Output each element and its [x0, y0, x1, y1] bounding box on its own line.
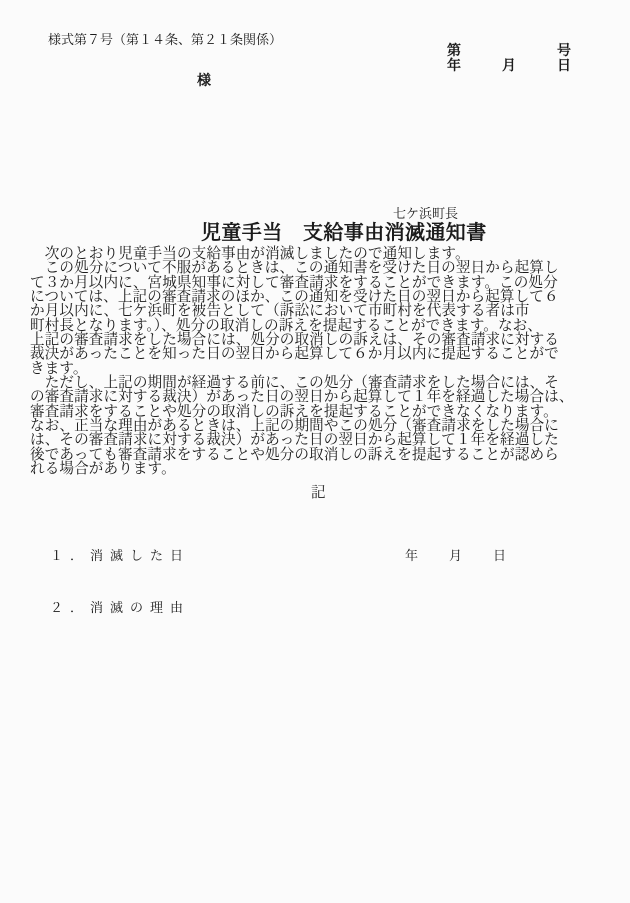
item-extinction-date-label: １．消滅した日 — [50, 545, 190, 564]
issue-date-year-label: 年 — [447, 55, 461, 75]
list-marker: 記 — [311, 481, 326, 502]
item-extinction-reason-label: ２．消滅の理由 — [50, 597, 190, 616]
item-1-day-label: 日 — [493, 545, 506, 564]
notice-document-page: 様式第７号（第１４条、第２１条関係） 第 号 年 月 日 様 七ケ浜町長 児童手… — [0, 0, 630, 903]
body-text: 次のとおり児童手当の支給事由が消滅しましたので通知します。 この処分について不服… — [30, 247, 596, 477]
issue-date-line: 年 月 日 — [447, 55, 571, 75]
item-1-year-label: 年 — [405, 545, 418, 564]
issuer-name: 七ケ浜町長 — [393, 203, 458, 222]
item-extinction-date-fields: 年 月 日 — [405, 545, 506, 564]
issue-date-day-label: 日 — [557, 55, 571, 75]
issue-date-month-label: 月 — [502, 55, 516, 75]
document-title: 児童手当 支給事由消滅通知書 — [201, 223, 487, 243]
form-number: 様式第７号（第１４条、第２１条関係） — [48, 32, 282, 47]
item-1-month-label: 月 — [449, 545, 462, 564]
addressee-suffix: 様 — [197, 70, 211, 90]
